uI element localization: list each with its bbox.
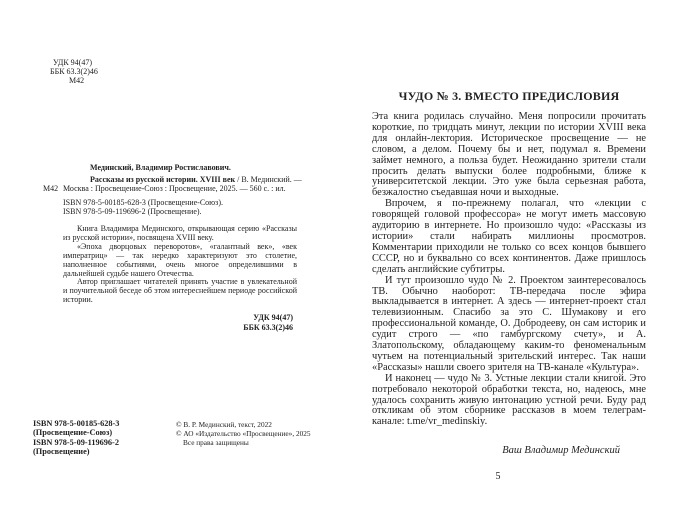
udk-code: УДК 94(47) bbox=[50, 58, 98, 67]
page-number: 5 bbox=[372, 471, 624, 482]
author-sign-code: М42 bbox=[50, 76, 98, 85]
bbk-code: ББК 63.3(2)46 bbox=[50, 67, 98, 76]
card-author-line: Мединский, Владимир Ростиславович. bbox=[63, 163, 299, 172]
copyright-line: © АО «Издательство «Просвещение», 2025 bbox=[176, 429, 311, 438]
card-isbn-lines: ISBN 978-5-00185-628-3 (Просвещение-Союз… bbox=[63, 198, 299, 216]
author-signature: Ваш Владимир Мединский bbox=[372, 445, 646, 456]
isbn-line: ISBN 978-5-00185-628-3 bbox=[33, 419, 119, 428]
classification-codes-top: УДК 94(47) ББК 63.3(2)46 М42 bbox=[50, 58, 98, 86]
body-paragraph: И наконец — чудо № 3. Устные лекции стал… bbox=[372, 374, 646, 429]
card-isbn-line: ISBN 978-5-00185-628-3 (Просвещение-Союз… bbox=[63, 198, 299, 207]
isbn-publisher-line: (Просвещение-Союз) bbox=[33, 428, 119, 437]
book-spread: УДК 94(47) ББК 63.3(2)46 М42 Мединский, … bbox=[0, 0, 674, 511]
card-imprint: Москва : Просвещение-Союз : Просвещение,… bbox=[63, 184, 286, 193]
card-title-rest: / В. Мединский. — bbox=[235, 175, 302, 184]
udk-code-bottom: УДК 94(47) bbox=[63, 313, 293, 323]
card-author-sign: М42 bbox=[43, 184, 58, 193]
copyright-line: © В. Р. Мединский, текст, 2022 bbox=[176, 420, 311, 429]
card-isbn-line: ISBN 978-5-09-119696-2 (Просвещение). bbox=[63, 207, 299, 216]
card-imprint-line: М42 Москва : Просвещение-Союз : Просвеще… bbox=[63, 184, 299, 193]
isbn-line: ISBN 978-5-09-119696-2 bbox=[33, 438, 119, 447]
annotation-paragraph: Книга Владимира Мединского, открывающая … bbox=[63, 225, 297, 243]
rights-reserved-line: Все права защищены bbox=[176, 438, 311, 447]
classification-codes-bottom: УДК 94(47) ББК 63.3(2)46 bbox=[63, 313, 293, 332]
bbk-code-bottom: ББК 63.3(2)46 bbox=[63, 323, 293, 333]
body-paragraph: Эта книга родилась случайно. Меня попрос… bbox=[372, 112, 646, 199]
body-paragraph: Впрочем, я по-прежнему полагал, что «лек… bbox=[372, 199, 646, 275]
annotation-paragraph: Автор приглашает читателей принять участ… bbox=[63, 278, 297, 305]
body-paragraph: И тут произошло чудо № 2. Проектом заинт… bbox=[372, 276, 646, 374]
card-title-line: Рассказы из русской истории. XVIII век /… bbox=[63, 175, 299, 184]
catalog-card: Мединский, Владимир Ростиславович. Расск… bbox=[63, 163, 299, 216]
card-title-bold: Рассказы из русской истории. XVIII век bbox=[90, 175, 235, 184]
copyright-block: © В. Р. Мединский, текст, 2022 © АО «Изд… bbox=[176, 420, 311, 447]
chapter-heading: ЧУДО № 3. ВМЕСТО ПРЕДИСЛОВИЯ bbox=[372, 89, 646, 104]
isbn-block: ISBN 978-5-00185-628-3 (Просвещение-Союз… bbox=[33, 419, 119, 457]
isbn-publisher-line: (Просвещение) bbox=[33, 447, 119, 456]
annotation-paragraph: «Эпоха дворцовых переворотов», «галантны… bbox=[63, 243, 297, 279]
annotation-block: Книга Владимира Мединского, открывающая … bbox=[63, 225, 297, 305]
preface-body: Эта книга родилась случайно. Меня попрос… bbox=[372, 112, 646, 428]
